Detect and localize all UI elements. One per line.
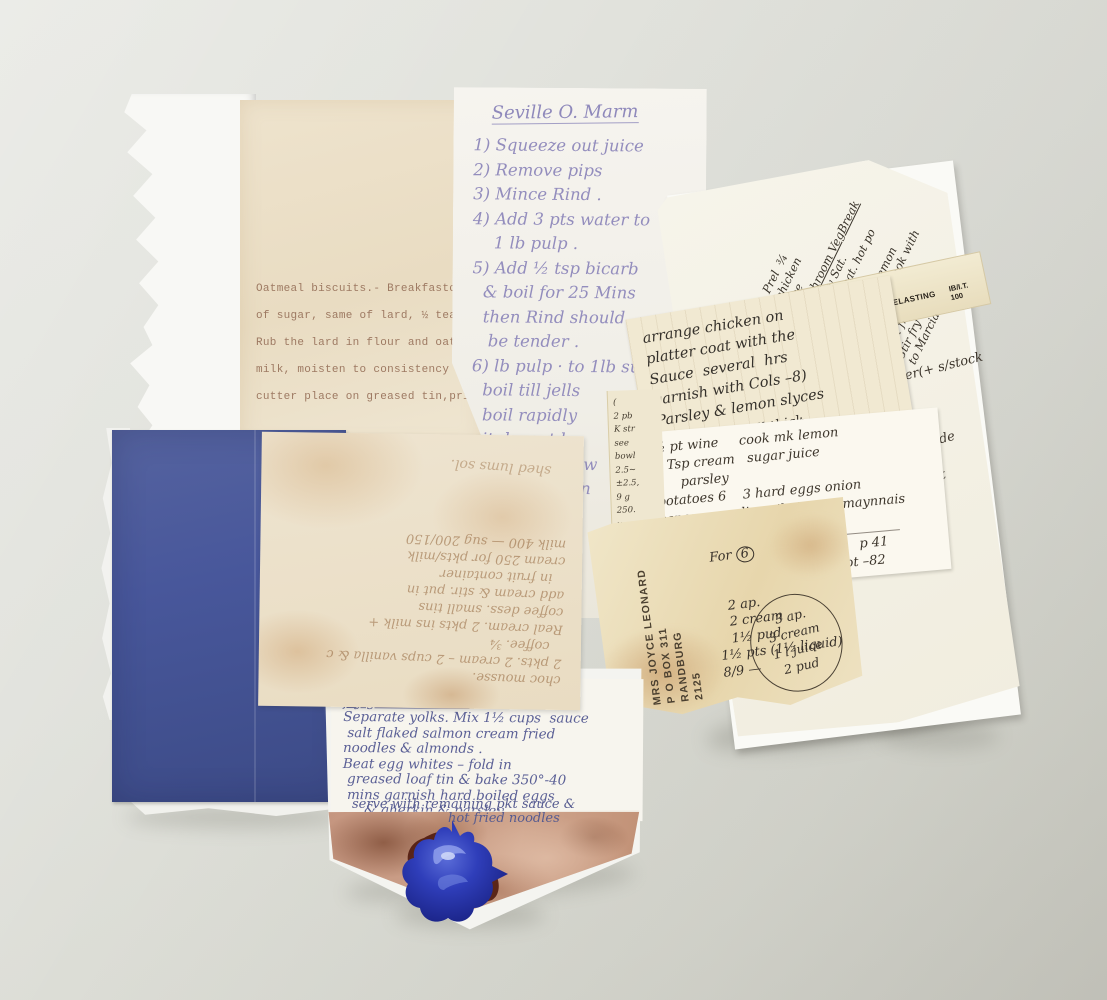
artwork-photo: Oatmeal biscuits.- Breakfastcupful ofof … <box>0 0 1107 1000</box>
text-line: Rub the lard in flour and oatmeal, add <box>256 330 482 357</box>
text-line: 2) Remove pips <box>473 158 706 184</box>
text-line: milk, moisten to consistency of a smoot <box>256 357 482 384</box>
tax-form-ref: IB/I.T. 100 <box>948 278 982 302</box>
text-line: Oatmeal biscuits.- Breakfastcupful of <box>256 276 482 303</box>
panel-seam <box>254 430 256 802</box>
text-line: 1) Squeeze out juice <box>473 133 706 159</box>
marmalade-title: Seville O. Marm <box>492 101 639 125</box>
blob-specular <box>441 852 455 860</box>
typed-recipe-paper: Oatmeal biscuits.- Breakfastcupful ofof … <box>240 100 482 448</box>
blue-paint-blob <box>396 816 518 936</box>
blob-body <box>402 820 508 922</box>
faded-note-text: choc mousse.2 pkts. 2 cream – 2 cups van… <box>275 524 567 688</box>
faded-upside-down-card: shed lums sol. choc mousse.2 pkts. 2 cre… <box>258 432 584 710</box>
faded-top-line: shed lums sol. <box>450 456 552 479</box>
text-line: serve with remaining pkt sauce & <box>352 798 632 812</box>
portions-heading: For 6 <box>709 534 848 567</box>
typed-recipe-text: Oatmeal biscuits.- Breakfastcupful ofof … <box>240 100 482 411</box>
text-line: cutter place on greased tin,prick on to <box>256 384 482 411</box>
circled-six: 6 <box>735 545 755 563</box>
text-line: of sugar, same of lard, ½ teaspoon of <box>256 303 482 330</box>
